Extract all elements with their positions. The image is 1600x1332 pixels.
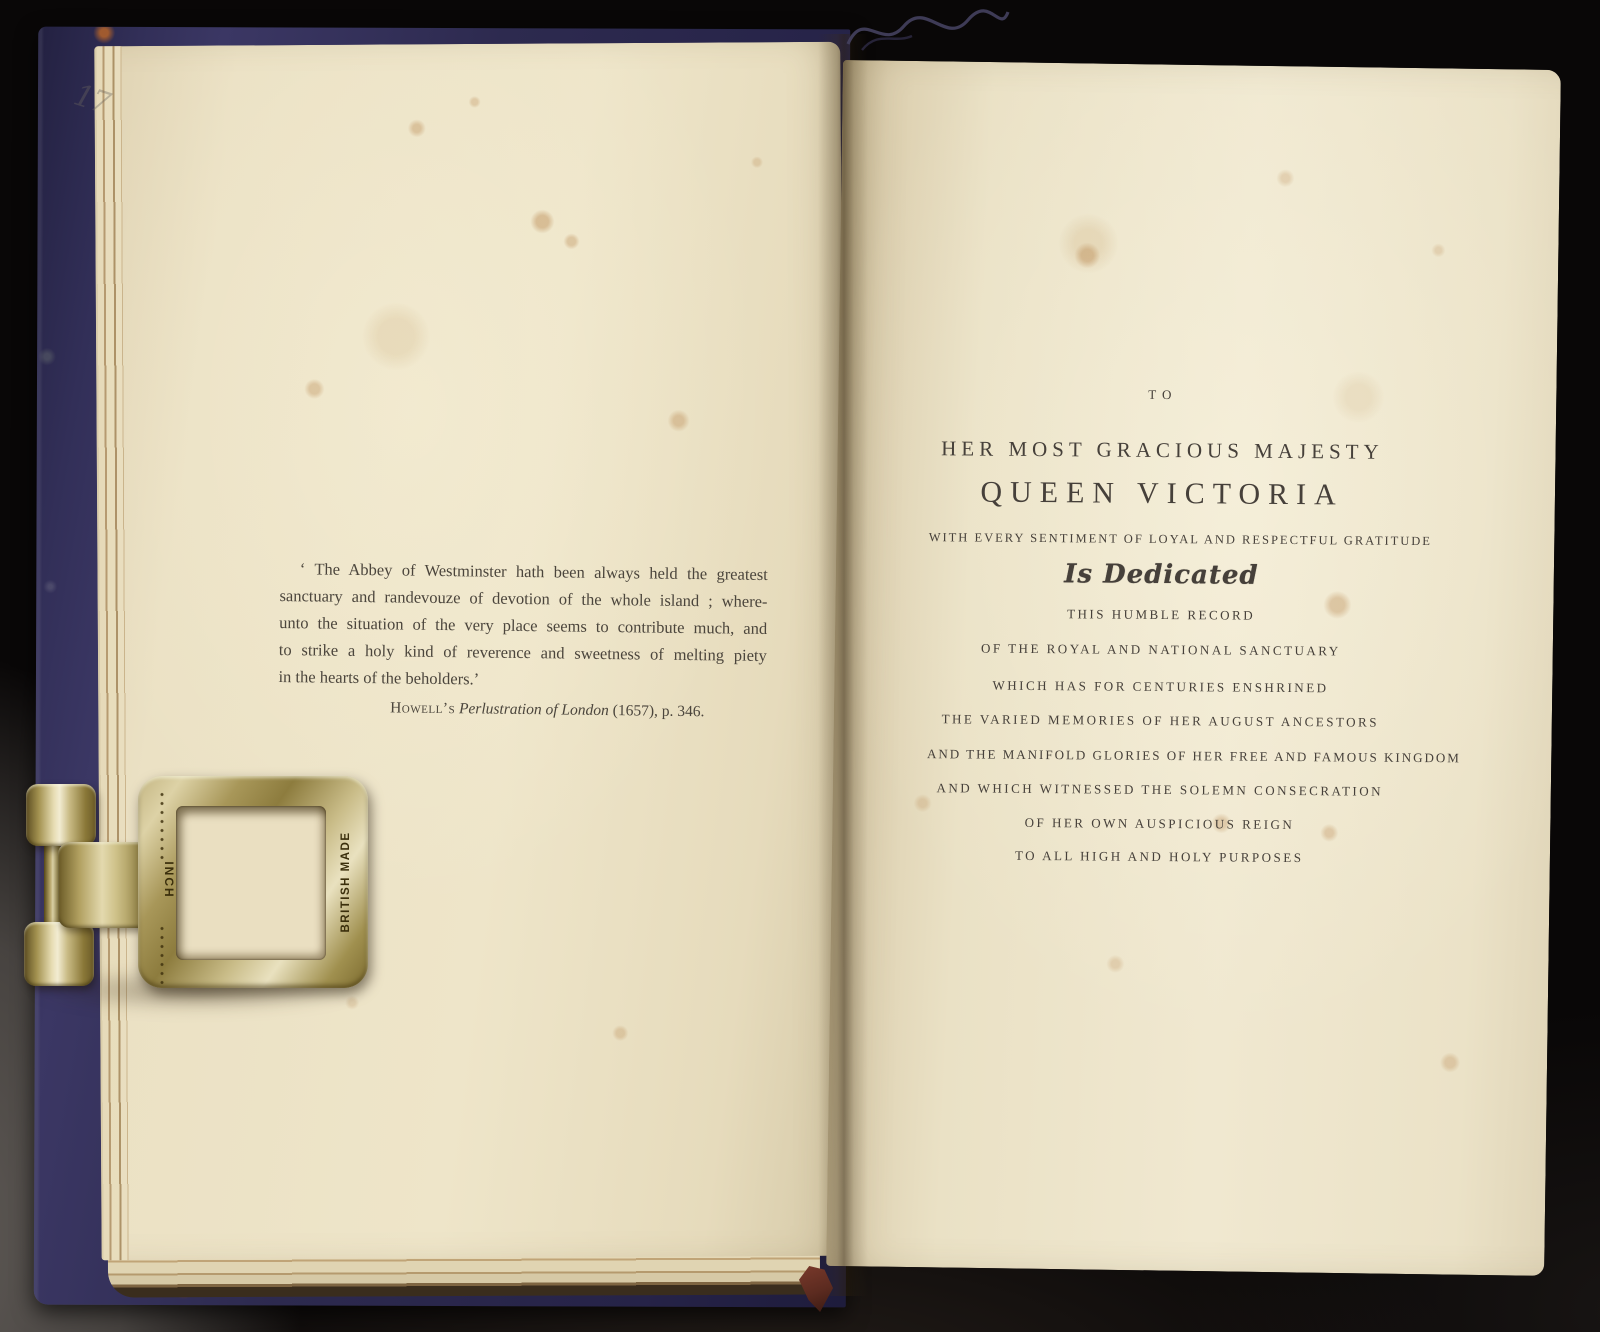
attribution-suffix: (1657), p. 346. <box>609 702 705 720</box>
clasp-hinge-knuckle-top <box>26 784 96 846</box>
inch-label: INCH <box>160 842 176 918</box>
dedication-line-is-dedicated: Is Dedicated <box>928 558 1394 592</box>
british-made-label: BRITISH MADE <box>340 818 356 946</box>
page-edges-left <box>94 46 135 1260</box>
dedication-line: THIS HUMBLE RECORD <box>928 605 1394 625</box>
dedication-line-majesty: HER MOST GRACIOUS MAJESTY <box>929 436 1395 465</box>
dedication-line: THE VARIED MEMORIES OF HER AUGUST ANCEST… <box>927 711 1393 731</box>
dedication-line: WHICH HAS FOR CENTURIES ENSHRINED <box>928 677 1394 697</box>
clasp-inch-graduation-dots <box>158 924 166 990</box>
dedication-line: AND WHICH WITNESSED THE SOLEMN CONSECRAT… <box>927 780 1393 800</box>
book-photo-scene: 17 ‘ The Abbey of Westminster hath been … <box>0 0 1600 1332</box>
dedication-line: OF THE ROYAL AND NATIONAL SANCTUARY <box>928 640 1394 660</box>
left-page-quote: ‘ The Abbey of Westminster hath been alw… <box>278 555 768 726</box>
spine-thread <box>842 0 1012 62</box>
dedication-block: TO HER MOST GRACIOUS MAJESTY QUEEN VICTO… <box>926 380 1396 884</box>
dedication-line: TO ALL HIGH AND HOLY PURPOSES <box>926 847 1392 867</box>
dedication-line-sentiment: WITH EVERY SENTIMENT OF LOYAL AND RESPEC… <box>929 530 1395 549</box>
clasp-frame: INCH BRITISH MADE <box>138 776 368 988</box>
clasp-frame-opening <box>176 806 326 960</box>
attribution-author: Howell’s <box>390 699 455 717</box>
dedication-line-queen-victoria: QUEEN VICTORIA <box>929 475 1395 513</box>
dedication-line: OF HER OWN AUSPICIOUS REIGN <box>926 814 1392 834</box>
attribution-title: Perlustration of London <box>459 700 609 719</box>
brass-clasp: INCH BRITISH MADE <box>16 760 372 996</box>
dedication-line-to: TO <box>930 385 1396 405</box>
dedication-line: AND THE MANIFOLD GLORIES OF HER FREE AND… <box>927 746 1393 766</box>
gutter-shadow <box>818 34 868 1296</box>
clasp-hinge-knuckle-bottom <box>24 922 94 986</box>
